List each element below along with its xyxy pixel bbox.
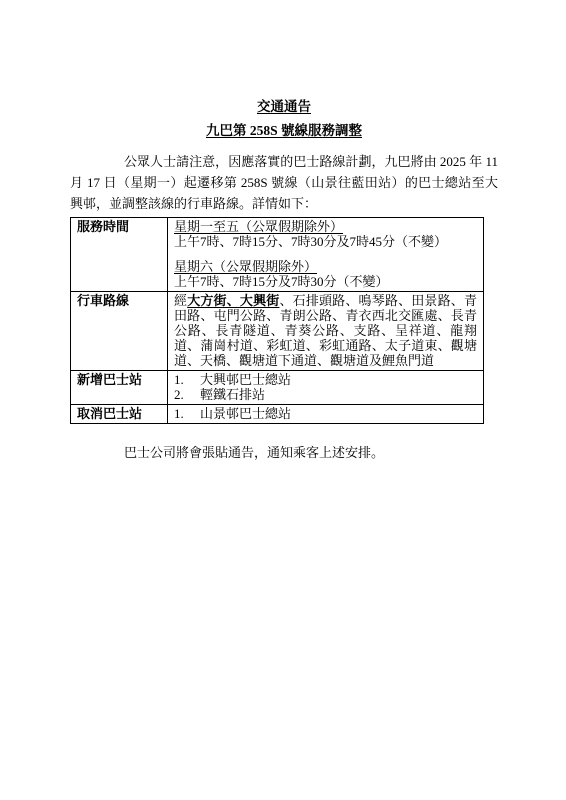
blank-line: [174, 249, 477, 259]
notice-title: 交通通告: [70, 98, 498, 115]
route-highlighted-streets: 大方街、大興街: [187, 293, 279, 308]
saturday-schedule-heading: 星期六（公眾假期除外）: [174, 259, 477, 274]
row-label-service-hours: 服務時間: [71, 218, 168, 292]
notice-subtitle: 九巴第 258S 號線服務調整: [70, 122, 498, 139]
table-row-new-stops: 新增巴士站 1. 大興邨巴士總站 2. 輕鐵石排站: [71, 371, 484, 405]
list-item-text: 山景邨巴士總站: [200, 406, 291, 421]
table-row-cancelled-stops: 取消巴士站 1. 山景邨巴士總站: [71, 405, 484, 424]
service-hours-cell: 星期一至五（公眾假期除外） 上午7時、7時15分、7時30分及7時45分（不變）…: [168, 218, 484, 292]
new-stops-cell: 1. 大興邨巴士總站 2. 輕鐵石排站: [168, 371, 484, 405]
cancelled-stops-cell: 1. 山景邨巴士總站: [168, 405, 484, 424]
service-adjustment-table: 服務時間 星期一至五（公眾假期除外） 上午7時、7時15分、7時30分及7時45…: [70, 217, 484, 424]
list-item-text: 大興邨巴士總站: [200, 372, 291, 387]
row-label-cancelled-stops: 取消巴士站: [71, 405, 168, 424]
list-item-number: 2.: [174, 387, 200, 402]
list-item: 1. 大興邨巴士總站: [174, 372, 477, 387]
route-prefix: 經: [174, 293, 187, 308]
document-content: 交通通告 九巴第 258S 號線服務調整 公眾人士請注意，因應落實的巴士路線計劃…: [70, 98, 498, 463]
saturday-schedule-times: 上午7時、7時15分及7時30分（不變）: [174, 274, 477, 289]
list-item-number: 1.: [174, 406, 200, 421]
route-cell: 經大方街、大興街、石排頭路、鳴琴路、田景路、青田路、屯門公路、青朗公路、青衣西北…: [168, 292, 484, 371]
closing-paragraph: 巴士公司將會張貼通告，通知乘客上述安排。: [70, 442, 498, 463]
row-label-route: 行車路線: [71, 292, 168, 371]
row-label-new-stops: 新增巴士站: [71, 371, 168, 405]
weekday-schedule-heading: 星期一至五（公眾假期除外）: [174, 219, 477, 234]
list-item: 1. 山景邨巴士總站: [174, 406, 477, 421]
list-item-number: 1.: [174, 372, 200, 387]
intro-paragraph: 公眾人士請注意，因應落實的巴士路線計劃，九巴將由 2025 年 11 月 17 …: [70, 151, 498, 214]
list-item-text: 輕鐵石排站: [200, 387, 265, 402]
list-item: 2. 輕鐵石排站: [174, 387, 477, 402]
notice-document-page: 交通通告 九巴第 258S 號線服務調整 公眾人士請注意，因應落實的巴士路線計劃…: [0, 0, 566, 800]
table-row-route: 行車路線 經大方街、大興街、石排頭路、鳴琴路、田景路、青田路、屯門公路、青朗公路…: [71, 292, 484, 371]
weekday-schedule-times: 上午7時、7時15分、7時30分及7時45分（不變）: [174, 234, 477, 249]
table-row-service-hours: 服務時間 星期一至五（公眾假期除外） 上午7時、7時15分、7時30分及7時45…: [71, 218, 484, 292]
